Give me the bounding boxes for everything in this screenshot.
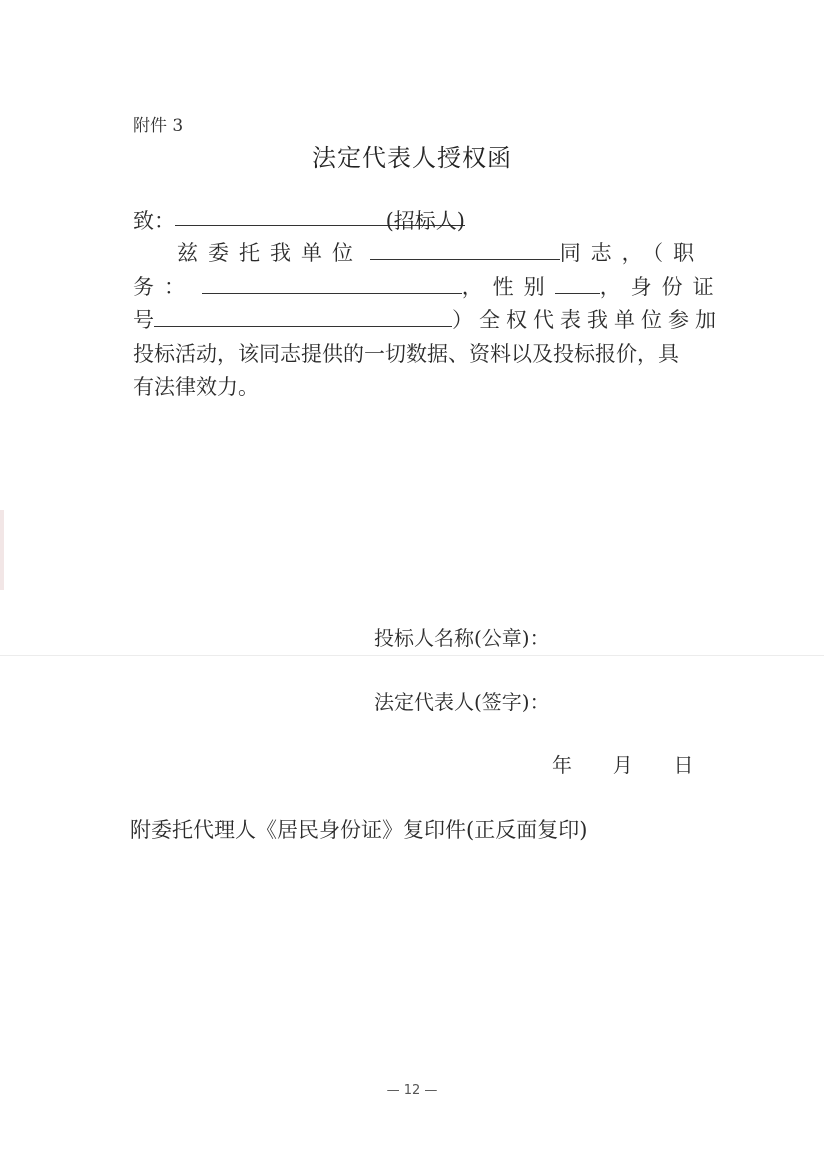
body-text: ，性别 — [462, 275, 555, 299]
id-number-blank[interactable] — [154, 306, 452, 327]
recipient-blank[interactable]: (招标人) — [175, 205, 465, 226]
body-text: 兹委托我单位 — [177, 241, 363, 265]
attachment-label: 附件 3 — [133, 111, 183, 136]
body-text: 同志，（职 — [560, 241, 705, 265]
to-line: 致：(招标人) — [133, 205, 465, 235]
body-text: 有法律效力。 — [133, 375, 259, 399]
year-label: 年 — [552, 753, 572, 777]
body-line-4: 投标活动，该同志提供的一切数据、资料以及投标报价，具 — [133, 338, 679, 368]
document-title: 法定代表人授权函 — [0, 138, 824, 173]
position-blank[interactable] — [202, 273, 462, 294]
body-text: 号 — [133, 308, 154, 332]
bidder-name-seal: 投标人名称(公章)： — [374, 622, 550, 651]
date-line: 年 月 日 — [552, 749, 693, 778]
month-label: 月 — [613, 753, 633, 777]
scan-edge-mark — [0, 510, 4, 590]
body-text: ，身份证 — [600, 275, 724, 299]
page-number: — 12 — — [0, 1083, 824, 1098]
body-line-5: 有法律效力。 — [133, 371, 259, 401]
to-prefix: 致： — [133, 209, 175, 233]
body-line-2: 务： ，性别，身份证 — [133, 271, 724, 301]
scan-fold-line — [0, 655, 824, 656]
day-label: 日 — [673, 753, 693, 777]
delegate-name-blank[interactable] — [370, 239, 560, 260]
body-line-1: 兹委托我单位 同志，（职 — [177, 237, 704, 267]
body-text: ）全权代表我单位参加 — [452, 308, 722, 332]
gender-blank[interactable] — [555, 273, 600, 294]
body-line-3: 号）全权代表我单位参加 — [133, 304, 722, 334]
legal-rep-signature: 法定代表人(签字)： — [374, 686, 550, 715]
body-text: 投标活动，该同志提供的一切数据、资料以及投标报价，具 — [133, 342, 679, 366]
body-text: 务： — [133, 275, 195, 299]
attachment-note: 附委托代理人《居民身份证》复印件(正反面复印) — [130, 814, 587, 844]
recipient-suffix: (招标人) — [386, 209, 465, 233]
